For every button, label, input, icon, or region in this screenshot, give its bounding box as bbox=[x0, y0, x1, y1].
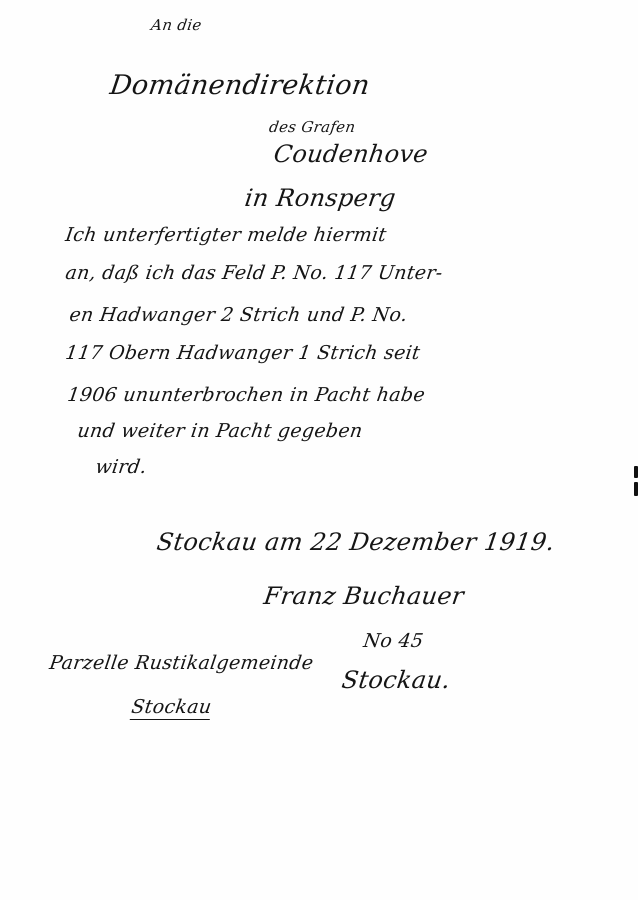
body-line-1: Ich unterfertigter melde hiermit bbox=[64, 224, 388, 246]
body-line-7: wird. bbox=[94, 456, 148, 478]
recipient-place: in Ronsperg bbox=[243, 184, 398, 212]
body-line-6: und weiter in Pacht gegeben bbox=[76, 420, 364, 442]
recipient-name: Coudenhove bbox=[272, 140, 430, 168]
page-edge-mark bbox=[634, 466, 638, 478]
signature-village: Stockau. bbox=[340, 666, 452, 694]
letter-page: An die Domänendirektion des Grafen Coude… bbox=[0, 0, 638, 900]
recipient-title: Domänendirektion bbox=[108, 70, 372, 101]
body-line-2: an, daß ich das Feld P. No. 117 Unter- bbox=[64, 262, 444, 284]
signature-name: Franz Buchauer bbox=[262, 582, 466, 610]
parcel-label: Parzelle Rustikalgemeinde bbox=[48, 652, 315, 674]
body-line-5: 1906 ununterbrochen in Pacht habe bbox=[66, 384, 427, 406]
parcel-place: Stockau bbox=[130, 696, 213, 720]
salutation: An die bbox=[150, 16, 203, 34]
page-edge-mark bbox=[634, 482, 638, 496]
body-line-4: 117 Obern Hadwanger 1 Strich seit bbox=[64, 342, 422, 364]
body-line-3: en Hadwanger 2 Strich und P. No. bbox=[68, 304, 409, 326]
signature-house-number: No 45 bbox=[362, 630, 425, 652]
dateline: Stockau am 22 Dezember 1919. bbox=[155, 528, 557, 556]
recipient-of-the: des Grafen bbox=[268, 118, 357, 136]
